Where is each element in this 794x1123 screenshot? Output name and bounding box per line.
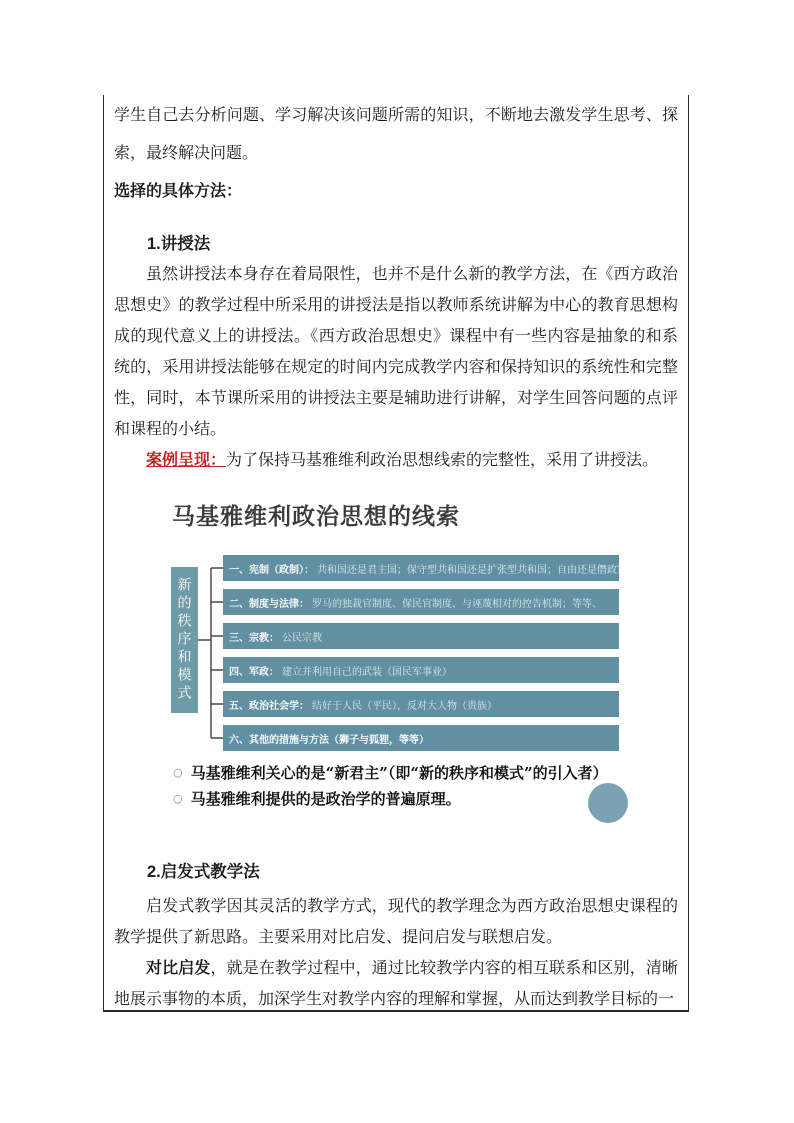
bar-text: 结好于人民（平民），反对大人物（贵族） [312, 697, 497, 712]
bullet-text: 马基雅维利关心的是“新君主”（即“新的秩序和模式”的引入者） [191, 764, 608, 782]
bar-text: 共和国还是君主国；保守型共和国还是扩张型共和国；自由还是僭政？ [317, 561, 619, 576]
bar-label: 六、其他的措施与方法（狮子与狐狸，等等） [229, 731, 429, 746]
case-paragraph: 案例呈现：为了保持马基雅维利政治思想线索的完整性，采用了讲授法。 [114, 445, 678, 476]
bullet-item: ○马基雅维利提供的是政治学的普遍原理。 [173, 788, 461, 809]
page: { "doc": { "top_paragraph": "学生自己去分析问题、学… [0, 0, 794, 1123]
table-cell: 学生自己去分析问题、学习解决该问题所需的知识，不断地去激发学生思考、探索，最终解… [103, 95, 689, 1012]
methods-heading: 选择的具体方法： [114, 173, 678, 211]
bar-label: 五、政治社会学： [229, 697, 309, 712]
bar-label: 二、制度与法律： [229, 595, 309, 610]
case-text: 为了保持马基雅维利政治思想线索的完整性，采用了讲授法。 [226, 452, 658, 469]
case-label: 案例呈现： [146, 452, 226, 469]
bullet-text: 马基雅维利提供的是政治学的普遍原理。 [191, 790, 461, 808]
flow-bar-2: 二、制度与法律：罗马的独裁官制度、保民官制度、与诬蔑相对的控告机制；等等、 [223, 589, 619, 615]
heuristic-body: 启发式教学因其灵活的教学方式，现代的教学理念为西方政治思想史课程的教学提供了新思… [114, 891, 678, 953]
lecture-heading: 1.讲授法 [114, 229, 678, 259]
bar-label: 一、宪制（政制）： [229, 561, 314, 576]
circle-bullet-icon: ○ [173, 792, 183, 805]
bullet-item: ○马基雅维利关心的是“新君主”（即“新的秩序和模式”的引入者） [173, 762, 608, 783]
heuristic-heading: 2.启发式教学法 [114, 857, 678, 887]
bar-text: 罗马的独裁官制度、保民官制度、与诬蔑相对的控告机制；等等、 [312, 595, 602, 610]
bar-label: 四、军政： [229, 663, 279, 678]
flow-bar-4: 四、军政：建立并利用自己的武装（国民军事业） [223, 657, 619, 683]
lecture-body: 虽然讲授法本身存在着局限性，也并不是什么新的教学方法，在《西方政治思想史》的教学… [114, 259, 678, 445]
contrast-paragraph: 对比启发，就是在教学过程中，通过比较教学内容的相互联系和区别，清晰地展示事物的本… [114, 953, 678, 1012]
flow-bar-1: 一、宪制（政制）：共和国还是君主国；保守型共和国还是扩张型共和国；自由还是僭政？ [223, 555, 619, 581]
bar-label: 三、宗教： [229, 629, 279, 644]
circle-decoration [588, 783, 628, 823]
contrast-label: 对比启发 [146, 960, 211, 977]
circle-bullet-icon: ○ [173, 766, 183, 779]
bar-text: 建立并利用自己的武装（国民军事业） [282, 663, 452, 678]
bar-text: 公民宗教 [282, 629, 322, 644]
flow-bar-3: 三、宗教：公民宗教 [223, 623, 619, 649]
flow-bar-5: 五、政治社会学：结好于人民（平民），反对大人物（贵族） [223, 691, 619, 717]
machiavelli-figure: 马基雅维利政治思想的线索 新的秩序和模式 一、宪制（政制）：共和国还是君主国；保… [114, 492, 678, 827]
top-paragraph: 学生自己去分析问题、学习解决该问题所需的知识，不断地去激发学生思考、探索，最终解… [114, 97, 678, 173]
flow-bar-6: 六、其他的措施与方法（狮子与狐狸，等等） [223, 725, 619, 751]
